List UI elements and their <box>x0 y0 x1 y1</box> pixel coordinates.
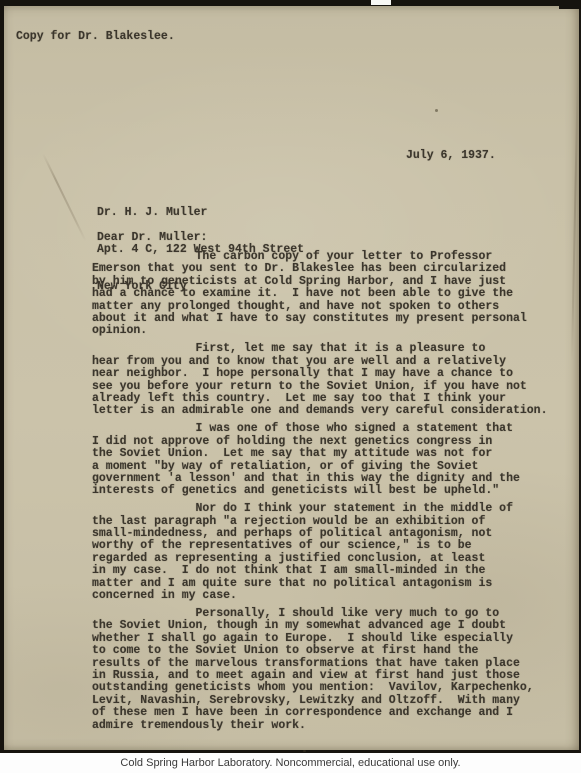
paragraph-2: First, let me say that it is a pleasure … <box>92 343 572 417</box>
paper-crease-diagonal <box>42 153 86 241</box>
paper-speck <box>303 750 306 752</box>
copy-annotation: Copy for Dr. Blakeslee. <box>16 31 175 43</box>
scan-border-notch <box>371 0 391 5</box>
attribution-bar: Cold Spring Harbor Laboratory. Noncommer… <box>0 753 581 773</box>
date-line: July 6, 1937. <box>406 150 496 162</box>
recipient-name: Dr. H. J. Muller <box>97 207 304 219</box>
paper-speck <box>435 109 438 112</box>
paragraph-4: Nor do I think your statement in the mid… <box>92 503 572 602</box>
letter-scan: Copy for Dr. Blakeslee. July 6, 1937. Dr… <box>0 0 581 753</box>
screenshot-root: Copy for Dr. Blakeslee. July 6, 1937. Dr… <box>0 0 581 773</box>
salutation-line: Dear Dr. Muller: <box>97 232 207 244</box>
paragraph-3: I was one of those who signed a statemen… <box>92 423 572 497</box>
attribution-caption: Cold Spring Harbor Laboratory. Noncommer… <box>120 757 460 769</box>
paragraph-1: The carbon copy of your letter to Profes… <box>92 251 572 338</box>
scan-border-corner <box>559 0 581 9</box>
paper-crease-right-edge <box>571 61 579 361</box>
letter-body: The carbon copy of your letter to Profes… <box>92 251 572 738</box>
paragraph-5: Personally, I should like very much to g… <box>92 608 572 732</box>
